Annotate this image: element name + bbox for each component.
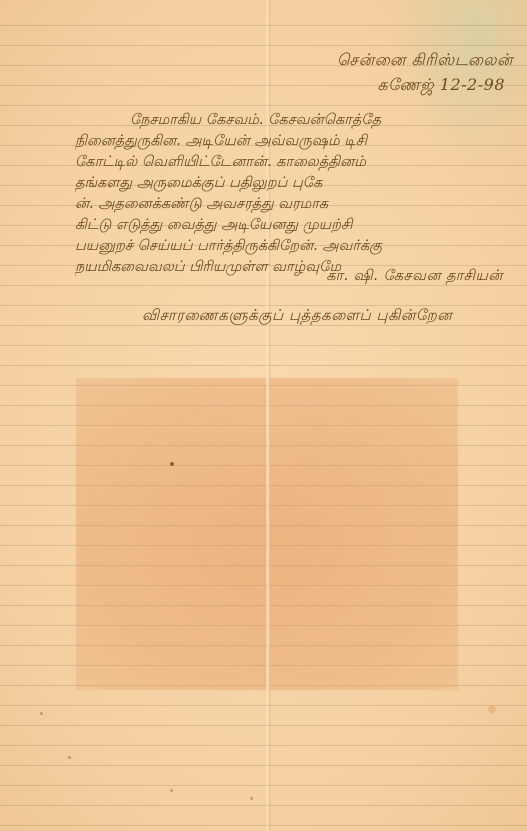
letter-closing-line: விசாரணைகளுக்குப் புத்தகளைப் புகின்றேன (142, 306, 452, 326)
letter-signature: கா. ஷி. கேசவன தாசியன் (326, 268, 503, 286)
stain-fold-highlight (266, 378, 270, 690)
paper-speck (40, 712, 43, 715)
letter-body: நேசமாகிய கேசவம். கேசவன்கொத்தே நினைத்துரு… (75, 110, 515, 278)
paper-stain (76, 378, 458, 690)
body-line: தங்களது அருமைக்குப் பதிலுறப் புகே (75, 173, 515, 194)
paper-speck (68, 756, 71, 759)
letter-place: சென்னை கிரிஸ்டலைன் (337, 50, 513, 71)
letter-date: கணேஜ் 12-2-98 (377, 75, 505, 96)
body-line: ன். அதனைக்கண்டு அவசரத்து வரமாக (75, 194, 515, 215)
paper-speck (170, 789, 173, 792)
paper-speck (250, 797, 253, 800)
body-line: கோட்டில் வெளியிட்டேனான். காலைத்தினம் (75, 152, 515, 173)
paper-speck (170, 462, 174, 466)
body-line: நினைத்துருகின. அடியேன் அவ்வருஷம் டிசி (75, 131, 515, 152)
body-line: நேசமாகிய கேசவம். கேசவன்கொத்தே (75, 110, 515, 131)
letter-page: சென்னை கிரிஸ்டலைன் கணேஜ் 12-2-98 நேசமாகி… (0, 0, 527, 831)
paper-speck (488, 705, 496, 713)
body-line: கிட்டு எடுத்து வைத்து அடியேனது முயற்சி (75, 215, 515, 236)
body-line: பயனுறச் செய்யப் பார்த்திருக்கிறேன். அவர்… (75, 236, 515, 257)
